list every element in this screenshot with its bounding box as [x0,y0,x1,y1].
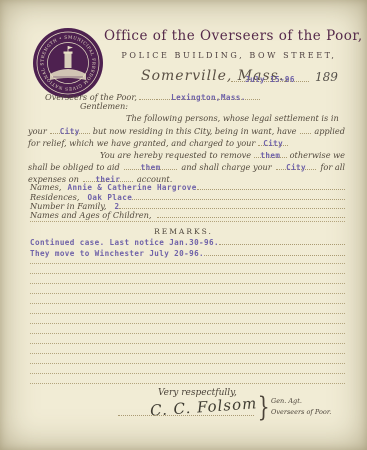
signature-line [118,415,254,416]
field-names-line [197,181,345,190]
signer-title-2: Overseers of Poor. [271,408,331,416]
blank-line [30,303,345,304]
typed-them-2: them [141,163,161,172]
addressee-gap [139,90,157,100]
remarks-heading: REMARKS. [0,227,367,236]
blank-line [30,373,345,374]
body-line-2: your City but now residing in this City,… [28,124,345,136]
remarks-line-1-rule [219,236,345,245]
blank-line [30,283,345,284]
body-l3-blank: City [258,136,288,146]
blank-line [30,363,345,364]
blank-line [30,333,345,334]
blank-line [30,313,345,314]
typed-city-2: City [263,139,283,148]
typed-city-3: City [286,163,306,172]
remarks-line-2: They move to Winchester July 20-96. [30,247,345,258]
body-l5-end: for all [320,162,345,172]
body-line-5: shall be obliged to aid them and shall c… [28,160,345,172]
addressee-blank: Lexington,Mass. [157,90,260,100]
dateline-blank: July 15-96 [231,72,309,82]
blank-line [30,323,345,324]
addressee-line: Overseers of the Poor, Lexington,Mass. [45,90,260,102]
field-children: Names and Ages of Children, [30,209,345,220]
salutation: Gentlemen: [80,101,128,111]
body-l2-end: applied [314,126,345,136]
seal-graphic: MUNICIPAL FREEDOM GIVES NATIONAL STRENGT… [31,26,105,100]
field-residences-line [132,191,345,200]
remarks-line-2-rule [204,247,345,256]
field-children-label: Names and Ages of Children, [30,210,151,220]
addressee-typed: Lexington,Mass. [171,93,246,102]
body-l2-mid: but now residing in this City, being in … [93,126,297,136]
body-l2-blank-1: City [50,124,90,134]
blank-line [30,221,345,222]
blank-line [30,353,345,354]
body-l2-pre: your [28,126,47,136]
typed-date: July 15-96 [245,75,295,84]
typed-them-1: them [260,151,280,160]
remarks-typed-1: Continued case. Last notice Jan.30-96. [30,238,219,247]
office-address: POLICE BUILDING, BOW STREET, [104,51,354,60]
body-l5-pre: shall be obliged to aid [28,162,120,172]
signature-brace: } [258,392,270,423]
field-family-line [119,200,345,209]
signer-title-1: Gen. Agt. [271,397,302,405]
blank-line [30,343,345,344]
letter-document: MUNICIPAL FREEDOM GIVES NATIONAL STRENGT… [0,0,367,450]
body-line-1: The following persons, whose legal settl… [126,113,339,123]
typed-city-1: City [60,127,80,136]
remarks-typed-2: They move to Winchester July 20-96. [30,249,204,258]
body-l5-mid: and shall charge your [181,162,271,172]
blank-line [30,293,345,294]
remarks-line-1: Continued case. Last notice Jan.30-96. [30,236,345,247]
body-l2-blank-2 [300,124,312,134]
year-prefix: 189 [315,70,338,84]
body-l4-pre: You are hereby requested to remove [100,150,251,160]
blank-line [30,383,345,384]
body-line-4: You are hereby requested to remove them … [100,148,345,160]
field-children-line [157,209,345,218]
body-l5-blank-1: them [124,160,178,170]
body-l4-blank: them [254,148,286,158]
body-l4-end: otherwise we [290,150,345,160]
body-l5-blank-2: City [276,160,317,170]
office-title: Office of the Overseers of the Poor, [104,28,354,44]
blank-line [30,273,345,274]
blank-line [30,263,345,264]
body-line-3: for relief, which we have granted, and c… [28,136,288,148]
body-l3-pre: for relief, which we have granted, and c… [28,138,255,148]
somerville-city-seal-icon: MUNICIPAL FREEDOM GIVES NATIONAL STRENGT… [31,26,105,100]
